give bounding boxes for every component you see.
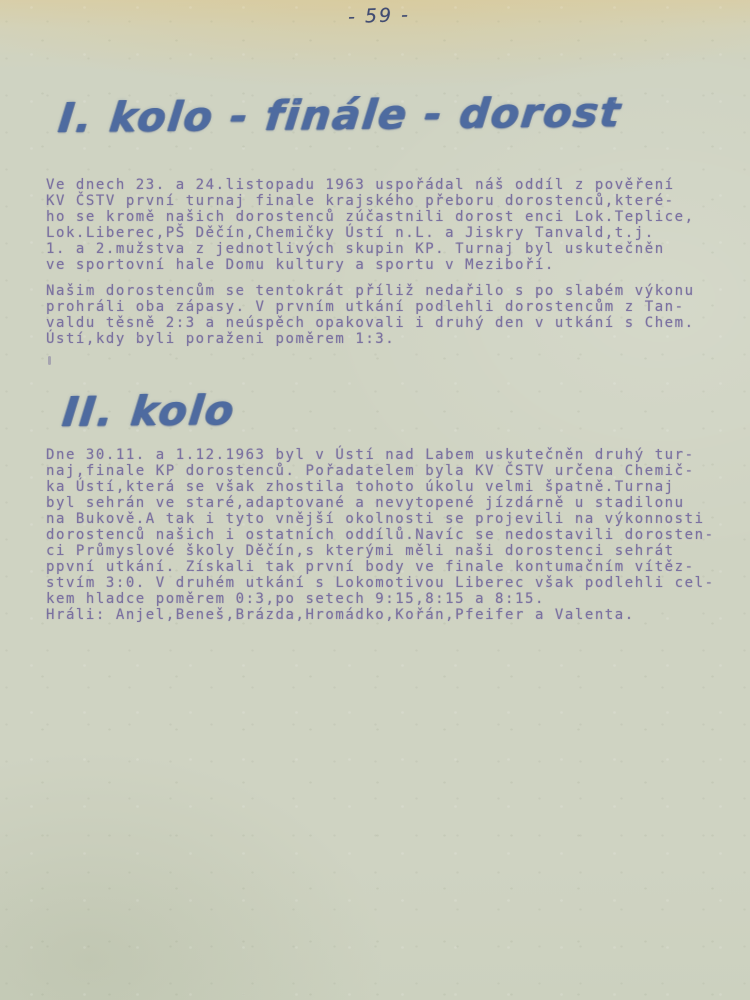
scanned-page: - 59 - I. kolo - finále - dorost Ve dnec… [0, 0, 750, 1000]
ink-smudge [48, 356, 51, 365]
section-1-heading: I. kolo - finále - dorost [56, 88, 624, 142]
section-2-paragraph-1: Dne 30.11. a 1.12.1963 byl v Ústí nad La… [46, 447, 715, 623]
page-number: - 59 - [348, 4, 411, 28]
section-1-paragraph-1: Ve dnech 23. a 24.listopadu 1963 uspořád… [46, 177, 695, 273]
section-2-heading: II. kolo [60, 386, 238, 436]
section-1-paragraph-2: Našim dorostencům se tentokrát příliž ne… [46, 283, 695, 347]
